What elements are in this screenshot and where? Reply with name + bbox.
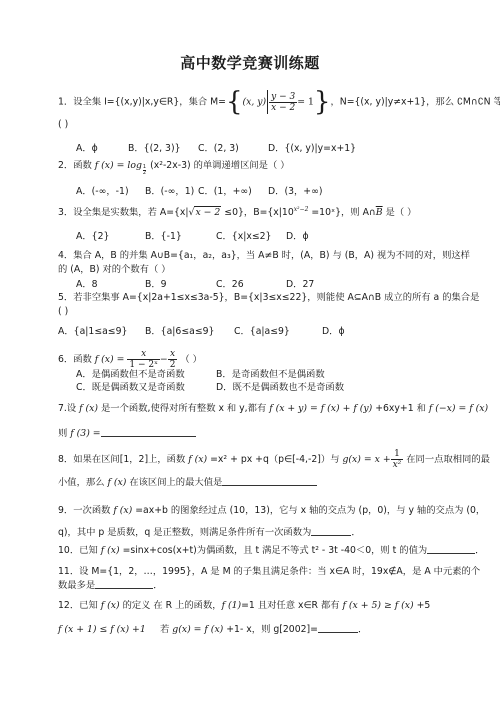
denominator: x² [391,460,404,470]
question-12-line2: f (x + 1) ≤ f (x) +1 [58,624,146,636]
question-text: 是（ ） [383,207,417,218]
function-expr: f (x) [79,403,98,414]
question-4-line2: 的 (A，B) 对的个数有（ ） [58,264,171,276]
question-text: 数最多是 [58,580,95,591]
option-c: C．{a|a≤9} [234,326,290,338]
numerator: y − 3 [269,92,297,103]
question-text: ≤0}，B={x|10 [221,207,293,218]
log-base-den: 2 [143,171,146,176]
question-12: 12．已知 f (x) 的定义 在 R 上的函数，f (1)=1 且对任意 x∈… [58,600,430,612]
question-number: 7. [58,403,67,414]
question-text: 已知 [79,600,101,611]
question-text: 设全集 I={(x,y)|x,y∈R}，集合 M= [73,97,226,108]
option-a: A．ϕ [76,143,98,155]
question-text: 则 [58,428,70,439]
period: ． [153,580,162,591]
option-d: D．ϕ [286,231,309,243]
answer-blank[interactable] [318,632,358,633]
option-b: B．{(2, 3)} [128,143,181,155]
question-text: 在同一点取相同的最 [403,454,490,465]
question-text: =x² + px +q（p∈[-4,-2]）与 [207,454,342,465]
option-c: C．26 [216,279,244,291]
question-7: 7.设 f (x) 是一个函数,使得对所有整数 x 和 y,都有 f (x + … [58,403,488,415]
question-6: 6．函数 f (x) = x1 − 2ˣ−x2 （ ） [58,349,202,370]
question-text: =10ˣ}，则 A∩ [308,207,375,218]
option-c: C．(2, 3) [198,143,239,155]
denominator: x − 2 [269,103,297,113]
answer-blank[interactable] [427,553,475,554]
exponent: x²−2 [294,206,309,213]
question-text: =1 且对任意 x∈R 都有 [241,600,342,611]
option-d: D．既不是偶函数也不是奇函数 [216,382,344,394]
inequality: f (x + 1) ≤ f (x) +1 [58,624,146,635]
document-page: 高中数学竞赛训练题 1．设全集 I={(x,y)|x,y∈R}，集合 M={(x… [0,0,500,707]
question-number: 2． [58,160,73,171]
fraction: 1x² [391,449,404,470]
question-text: 若 [160,624,172,635]
question-4: 4．集合 A，B 的并集 A∪B={a₁，a₂，a₃}，当 A≠B 时，(A，B… [58,250,470,262]
right-brace: } [314,87,331,117]
period: ． [475,545,484,556]
function-expr: f (x) = [95,354,125,365]
answer-paren: （ ） [180,354,202,365]
complement-set: B [376,207,383,218]
question-10: 10．已知 f (x) =sinx+cos(x+t)为偶函数，且 t 满足不等式… [58,545,484,557]
option-c: C．既是偶函数又是奇函数 [76,382,185,394]
option-a: A．{2} [76,231,109,243]
option-d: D．(3，+∞) [268,186,322,198]
question-number: 1． [58,97,73,108]
option-d: D．ϕ [322,326,345,338]
question-text: 一次函数 [73,505,113,516]
period: ． [351,527,360,538]
question-9: 9．一次函数 f (x) =ax+b 的图象经过点 (10，13)，它与 x 轴… [58,505,485,517]
question-text: =sinx+cos(x+t)为偶函数，且 t 满足不等式 t² - 3t -40… [120,545,428,556]
answer-paren: ( ) [58,119,68,131]
fraction: y − 3x − 2 [269,92,297,113]
question-3: 3．设全集是实数集，若 A={x|√x − 2 ≤0}，B={x|10x²−2 … [58,207,416,219]
question-text: +6xy+1 和 [372,403,429,414]
question-text: 集合 A，B 的并集 A∪B={a₁，a₂，a₃}，当 A≠B 时，(A，B) … [73,250,470,261]
option-b: B．{a|6≤a≤9} [145,326,214,338]
option-a: A．是偶函数但不是奇函数 [76,369,185,381]
question-1: 1．设全集 I={(x,y)|x,y∈R}，集合 M={(x, y)y − 3x… [58,90,500,114]
log-argument: (x²-2x-3) [150,160,191,171]
answer-blank[interactable] [101,436,196,437]
question-text: 若非空集事 A={x|2a+1≤x≤3a-5}，B={x|3≤x≤22}，则能使… [73,292,479,303]
question-text: 在该区间上的最大值是 [126,477,222,488]
fraction: x2 [168,349,178,370]
numerator: x [168,349,178,360]
option-b: B．(-∞，1) [145,186,194,198]
function-expr: f (x) [107,477,126,488]
question-number: 4． [58,250,73,261]
fraction: x1 − 2ˣ [127,349,160,370]
question-12-line2-right: 若 g(x) = f (x) +1- x，则 g[2002]=． [160,624,367,636]
question-number: 11． [58,566,79,577]
option-d: D．{(x, y)|y=x+1} [268,143,356,155]
function-expr: f (3) = [70,428,100,439]
question-text: +5 [414,600,431,611]
question-number: 10． [58,545,79,556]
question-text: =ax+b 的图象经过点 (10，13)，它与 x 轴的交点为 (p，0)，与 … [132,505,485,516]
function-expr: f (1) [222,600,242,611]
question-text: q)，其中 p 是质数，q 是正整数，则满足条件所有一次函数为 [58,527,311,538]
option-b: B．是奇函数但不是偶函数 [216,369,325,381]
option-a: A．8 [76,279,98,291]
question-number: 8． [58,454,73,465]
function-expr: f (x) = log [95,160,142,171]
question-text: 设 [67,403,79,414]
equation-rhs: = 1 [297,97,314,108]
question-9-line2: q)，其中 p 是质数，q 是正整数，则满足条件所有一次函数为． [58,527,361,539]
set-divider [267,90,268,114]
option-c: C．{x|x≤2} [216,231,271,243]
log-base: 12 [143,165,146,176]
function-expr: f (x) [188,454,207,465]
function-equation: f (−x) = f (x) [429,403,488,414]
question-text: 函数 [73,160,95,171]
question-2: 2．函数 f (x) = log12(x²-2x-3) 的单调递增区间是（ ） [58,160,290,176]
question-text: 小值，那么 [58,477,107,488]
minus-sign: − [160,354,168,365]
question-8-line2: 小值，那么 f (x) 在该区间上的最大值是 [58,477,317,489]
question-text: 设全集是实数集，若 A={x| [73,207,188,218]
option-a: A．(-∞，-1) [76,186,129,198]
set-element: (x, y) [243,97,267,108]
sqrt-expr: x − 2 [194,206,221,218]
question-text: 如果在区间[1，2]上，函数 [73,454,188,465]
left-brace: { [226,87,243,117]
question-text: 设 M={1，2，…，1995}，A 是 M 的子集且满足条件：当 x∈A 时，… [79,566,480,577]
question-text: ，N={(x, y)|y≠x+1}，那么 ∁M∩∁N 等于 [330,97,500,108]
numerator: 1 [391,449,404,460]
function-expr: f (x) [101,600,120,611]
answer-blank[interactable] [311,535,351,536]
function-expr: g(x) = f (x) [172,624,223,635]
answer-paren: ( ) [58,306,68,318]
answer-blank[interactable] [222,485,317,486]
option-b: B．9 [145,279,167,291]
question-text: +1- x，则 g[2002]= [223,624,318,635]
question-number: 9． [58,505,73,516]
question-11-line2: 数最多是． [58,580,163,592]
answer-blank[interactable] [95,588,153,589]
question-text: 已知 [79,545,101,556]
period: ． [358,624,367,635]
question-7-line2: 则 f (3) = [58,428,196,440]
option-b: B．{-1} [145,231,182,243]
function-expr: g(x) = x + [342,454,390,465]
inequality: f (x + 5) ≥ f (x) [343,600,414,611]
question-text: 的定义 在 R 上的函数， [120,600,222,611]
question-text: 是一个函数,使得对所有整数 x 和 y,都有 [98,403,269,414]
question-text: 的单调递增区间是（ ） [191,160,290,171]
question-number: 3． [58,207,73,218]
option-c: C．(1，+∞) [198,186,252,198]
numerator: x [127,349,160,360]
option-a: A．{a|1≤a≤9} [58,326,127,338]
question-5: 5．若非空集事 A={x|2a+1≤x≤3a-5}，B={x|3≤x≤22}，则… [58,292,479,304]
question-number: 12． [58,600,79,611]
question-number: 6． [58,354,73,365]
option-d: D．27 [286,279,314,291]
function-expr: f (x) [113,505,132,516]
question-number: 5． [58,292,73,303]
question-11: 11．设 M={1，2，…，1995}，A 是 M 的子集且满足条件：当 x∈A… [58,566,480,578]
page-title: 高中数学竞赛训练题 [0,52,500,73]
question-text: 函数 [73,354,95,365]
function-expr: f (x) [101,545,120,556]
question-8: 8．如果在区间[1，2]上，函数 f (x) =x² + px +q（p∈[-4… [58,449,490,470]
function-equation: f (x + y) = f (x) + f (y) [269,403,372,414]
